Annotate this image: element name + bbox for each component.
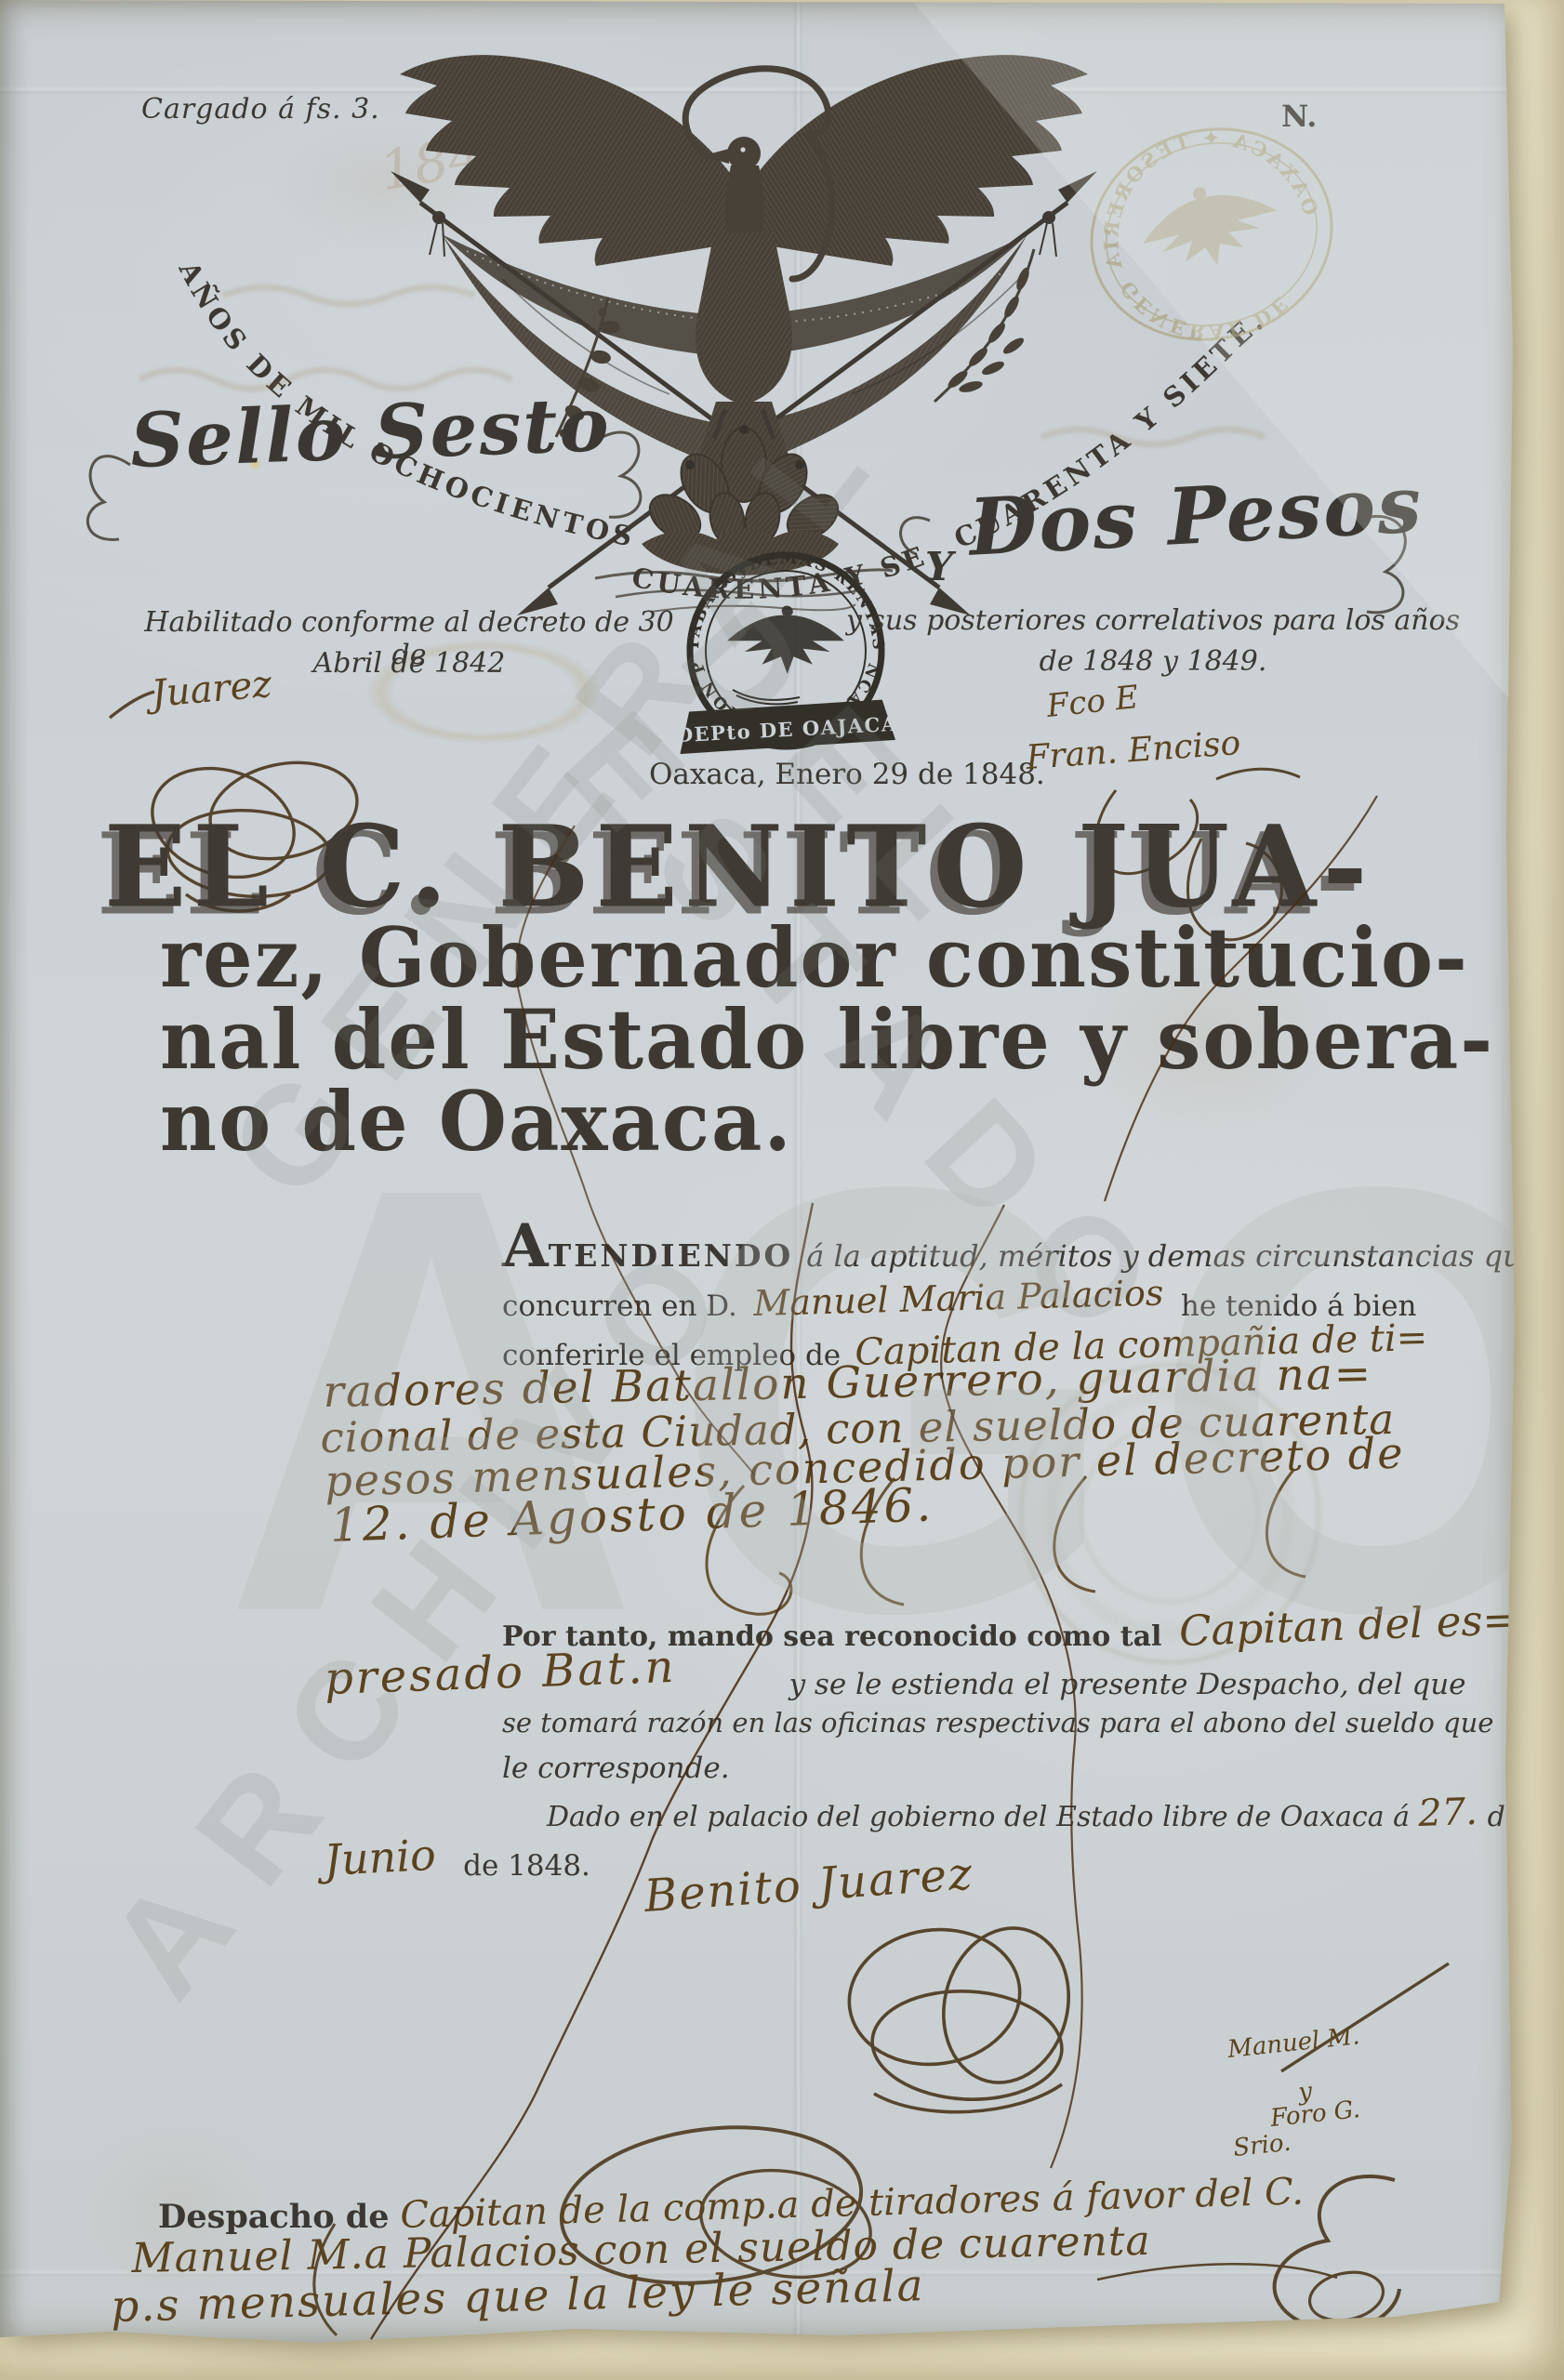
body-line6-handwritten: pesos mensuales, concedido por el decret… bbox=[325, 1428, 1406, 1506]
watermark-diag3: DEL ESTADO bbox=[533, 572, 1361, 1428]
body-line10: se tomará razón en las oficinas respecti… bbox=[502, 1707, 1493, 1739]
snake bbox=[685, 69, 831, 279]
eagle-tail bbox=[696, 402, 792, 485]
treasury-stamp: OAXACA ✦ TESORERIA GENERAL DE bbox=[1068, 100, 1356, 370]
paper-cracks bbox=[371, 796, 1377, 2339]
seal-laurel bbox=[733, 690, 800, 704]
heading-line1: EL C. BENITO JUA- bbox=[104, 801, 1374, 932]
body-line5-handwritten: cional de esta Ciudad, con el sueldo de … bbox=[320, 1395, 1395, 1462]
spearhead-lower-left-icon bbox=[517, 588, 558, 615]
tobacco-seal: TABACOyDEMAS RENTAS ESTA NCADAS ✦ ADMON … bbox=[0, 0, 899, 754]
seal-banner: DEPto DE OAJACA bbox=[675, 699, 899, 754]
dado-printed: Dado en el palacio del gobierno del Esta… bbox=[547, 1801, 1410, 1833]
scanned-document-canvas: 1848 bbox=[0, 0, 1564, 2380]
tassels bbox=[430, 212, 1056, 257]
archive-watermark: ARCHIVO GENERAL DEL ESTADO AGO bbox=[0, 0, 1521, 2352]
svg-text:CUARENTA Y SIETE.: CUARENTA Y SIETE. bbox=[949, 303, 1272, 554]
body-line9: presado Bat.n y se le estienda el presen… bbox=[325, 1653, 1466, 1705]
ring-text-left: AÑOS DE MIL OCHOCIENTOS bbox=[172, 256, 639, 553]
flag-drape-upper bbox=[442, 234, 1027, 357]
faint-blotch-stain bbox=[270, 121, 493, 251]
correlativos-line2: de 1848 y 1849. bbox=[842, 645, 1465, 678]
crack-layer bbox=[0, 0, 1521, 2352]
flag-drape-lower bbox=[442, 234, 1027, 472]
flag-dotted-edge bbox=[467, 251, 733, 322]
juarez-rubric-knot bbox=[110, 692, 366, 911]
body-line1: ATENDIENDO á la aptitud, méritos y demas… bbox=[502, 1220, 1540, 1274]
body-line3-printed: conferirle el empleo de bbox=[502, 1339, 841, 1372]
enciso-flourish bbox=[1096, 769, 1300, 940]
dado-de: de bbox=[1488, 1801, 1522, 1833]
dado-day-handwritten: 27. bbox=[1417, 1791, 1478, 1835]
svg-text:GENERAL DE: GENERAL DE bbox=[1113, 241, 1298, 366]
footer-line3-handwritten: p.s mensuales que la ley le señala bbox=[111, 2260, 926, 2333]
body-line8: Por tanto, mando sea reconocido como tal… bbox=[502, 1606, 1519, 1656]
tan-blotch-stain bbox=[1069, 930, 1348, 1144]
flag-fold-lines bbox=[502, 279, 1019, 394]
dado-year-printed: de 1848. bbox=[463, 1849, 590, 1883]
calligraphic-swashes bbox=[87, 432, 1405, 613]
footer-line1-handwritten: Capitan de la comp.a de tiradores á favo… bbox=[399, 2171, 1304, 2237]
spearhead-right-icon bbox=[1058, 171, 1097, 203]
yellow-spot-stain bbox=[247, 457, 262, 470]
sello-sesto-calligraphy: Sello Sesto bbox=[129, 380, 613, 484]
svg-text:TABACOyDEMAS RENTAS ESTA: TABACOyDEMAS RENTAS ESTA bbox=[0, 0, 887, 653]
seal-arc-bottom-text: NCADAS ✦ ADMON P.AL DEL bbox=[0, 0, 882, 738]
ring-text-bottom: CUARENTA Y SEIS Y bbox=[0, 0, 932, 605]
body-line2-handwritten: Manuel Maria Palacios bbox=[753, 1272, 1164, 1324]
footer-line2-handwritten: Manuel M.a Palacios con el sueldo de cua… bbox=[131, 2217, 1151, 2282]
handwriting-flourishes bbox=[110, 692, 1449, 2352]
benito-rubric-knot bbox=[841, 1915, 1084, 2112]
vertical-fold-crease bbox=[792, 0, 803, 2352]
atendiendo-caps: TENDIENDO bbox=[549, 1237, 794, 1274]
enciso-signature: Fran. Enciso bbox=[1025, 724, 1241, 777]
paper-texture-layer: 1848 bbox=[0, 0, 1521, 2352]
body-line3-handwritten: Capitan de la compañia de ti= bbox=[855, 1316, 1428, 1374]
juarez-rubric-name: Juarez bbox=[150, 663, 273, 716]
place-date-line: Oaxaca, Enero 29 de 1848. bbox=[649, 758, 1045, 791]
habilitado-line1: Habilitado conforme al decreto de 30 de bbox=[139, 606, 679, 671]
dos-pesos-calligraphy: Dos Pesos bbox=[967, 457, 1425, 573]
svg-text:NCADAS ✦ ADMON P.AL DEL: NCADAS ✦ ADMON P.AL DEL bbox=[0, 0, 882, 738]
engraving-art-layer: AÑOS DE MIL OCHOCIENTOS CUARENTA Y SEIS … bbox=[0, 0, 1521, 2352]
watermark-diag2: GENERAL bbox=[197, 360, 924, 1227]
enciso-initials: Fco E bbox=[1045, 679, 1140, 725]
watermark-big-letters: AGO bbox=[223, 1052, 1564, 1748]
body-line2-printed: concurren en D. bbox=[502, 1289, 737, 1323]
heading-line2: rez, Gobernador constitucio- bbox=[160, 909, 1469, 1006]
corner-foxing-stain bbox=[74, 2120, 279, 2296]
eagle-engraving bbox=[391, 55, 1097, 615]
dado-month-handwritten: Junio bbox=[323, 1830, 437, 1885]
despacho-label: Despacho de bbox=[158, 2198, 390, 2236]
number-label: N. bbox=[1281, 99, 1317, 134]
bleedthrough-script bbox=[139, 287, 1265, 444]
annotation-line4: Srio. bbox=[1232, 2129, 1292, 2162]
body-line9-handwritten: presado Bat.n bbox=[324, 1641, 677, 1705]
seal-eagle-icon bbox=[727, 605, 844, 673]
treasury-arc-bottom-text: GENERAL DE bbox=[1113, 241, 1298, 366]
sello-y: Y bbox=[925, 544, 953, 589]
oak-branch-left bbox=[556, 297, 620, 438]
correlativos-line1: y sus posteriores correlativos para los … bbox=[842, 604, 1465, 637]
watermark-wedge bbox=[911, 0, 1516, 707]
body-line1-text: á la aptitud, méritos y demas circunstan… bbox=[806, 1238, 1539, 1274]
bottom-right-paraph bbox=[893, 1963, 1449, 2352]
eagle-beak bbox=[701, 149, 729, 164]
nopal-cactus bbox=[642, 428, 846, 549]
svg-text:CUARENTA Y SEIS Y: CUARENTA Y SEIS Y bbox=[0, 0, 932, 605]
cactus-fruits bbox=[685, 425, 804, 469]
bleedthrough-year-ghost: 1848 bbox=[375, 117, 521, 204]
heading-line3: nal del Estado libre y sobera- bbox=[160, 991, 1494, 1088]
document-paper: 1848 bbox=[0, 0, 1521, 2352]
annotation-line2: y bbox=[1297, 2078, 1314, 2107]
treasury-eagle-icon bbox=[1133, 170, 1287, 282]
por-tanto-printed: Por tanto, mando sea reconocido como tal bbox=[502, 1620, 1161, 1653]
body-line12: Dado en el palacio del gobierno del Esta… bbox=[547, 1792, 1522, 1835]
body-line3: conferirle el empleo de Capitan de la co… bbox=[502, 1331, 1428, 1374]
body-line9-printed: y se le estienda el presente Despacho, d… bbox=[789, 1668, 1466, 1701]
sello-ring-text: AÑOS DE MIL OCHOCIENTOS CUARENTA Y SEIS … bbox=[0, 0, 1272, 605]
water-ripples bbox=[595, 570, 893, 612]
heading-line4: no de Oaxaca. bbox=[160, 1073, 793, 1170]
body-line8-handwritten: Capitan del es= bbox=[1179, 1594, 1519, 1656]
dropcap-A: A bbox=[502, 1220, 549, 1274]
seal-arc-top-text: TABACOyDEMAS RENTAS ESTA bbox=[0, 0, 887, 653]
annotation-line1: Manuel M. bbox=[1226, 2022, 1361, 2064]
footer-line1: Despacho de Capitan de la comp.a de tira… bbox=[158, 2194, 1304, 2237]
body-line2: concurren en D. Manuel Maria Palacios he… bbox=[502, 1283, 1417, 1324]
svg-text:OAXACA ✦ TESORERIA: OAXACA ✦ TESORERIA bbox=[1075, 101, 1325, 274]
eagle-head bbox=[727, 137, 761, 170]
folio-note: Cargado á fs. 3. bbox=[141, 93, 380, 126]
s-swashes bbox=[707, 1469, 1306, 1614]
body-line4-handwritten: radores del Batallon Guerrero, guardia n… bbox=[323, 1348, 1373, 1418]
body-line2-printed2: he tenido á bien bbox=[1181, 1289, 1417, 1323]
body-line11: le corresponde. bbox=[502, 1752, 730, 1785]
watermark-diag1: ARCHIVO bbox=[76, 1190, 779, 2027]
habilitado-line2: Abril de 1842 bbox=[139, 647, 679, 680]
ring-text-right: CUARENTA Y SIETE. bbox=[949, 303, 1272, 554]
annotation-line3: Foro G. bbox=[1269, 2096, 1361, 2133]
eagle-talons bbox=[714, 409, 774, 439]
laurel-branch-right bbox=[934, 249, 1034, 402]
body-line7-handwritten: 12. de Agosto de 1846. bbox=[329, 1477, 934, 1553]
eagle-body bbox=[696, 232, 792, 405]
body-line13: Junio de 1848. bbox=[325, 1835, 590, 1885]
flag-dotted-edge-right bbox=[789, 251, 1054, 322]
eagle-neck bbox=[725, 165, 764, 234]
governor-signature: Benito Juarez bbox=[643, 1847, 975, 1923]
spearhead-left-icon bbox=[391, 171, 430, 203]
eagle-wings bbox=[400, 55, 1088, 266]
flag-staff-left bbox=[420, 203, 939, 588]
paper-vignette bbox=[0, 0, 1521, 2352]
rock-mound bbox=[642, 528, 839, 575]
flag-staff-right bbox=[549, 203, 1067, 588]
treasury-arc-top-text: OAXACA ✦ TESORERIA bbox=[1075, 101, 1325, 274]
horizontal-fold-crease bbox=[0, 86, 1521, 95]
svg-text:AÑOS DE MIL OCHOCIENTOS: AÑOS DE MIL OCHOCIENTOS bbox=[172, 256, 639, 553]
spearhead-lower-right-icon bbox=[930, 588, 971, 615]
ghost-seal bbox=[1021, 1365, 1319, 1662]
eagle-eye bbox=[740, 147, 745, 152]
text-layer: Cargado á fs. 3. N. Sello Sesto Y Dos Pe… bbox=[0, 0, 1521, 2352]
bottom-fold-crease bbox=[0, 2268, 1521, 2278]
ring-stain bbox=[367, 640, 600, 744]
seal-banner-text: DEPto DE OAJACA bbox=[675, 712, 898, 747]
paper-wrap: 1848 bbox=[0, 0, 1521, 2352]
lower-oval-flourish bbox=[314, 2111, 880, 2335]
